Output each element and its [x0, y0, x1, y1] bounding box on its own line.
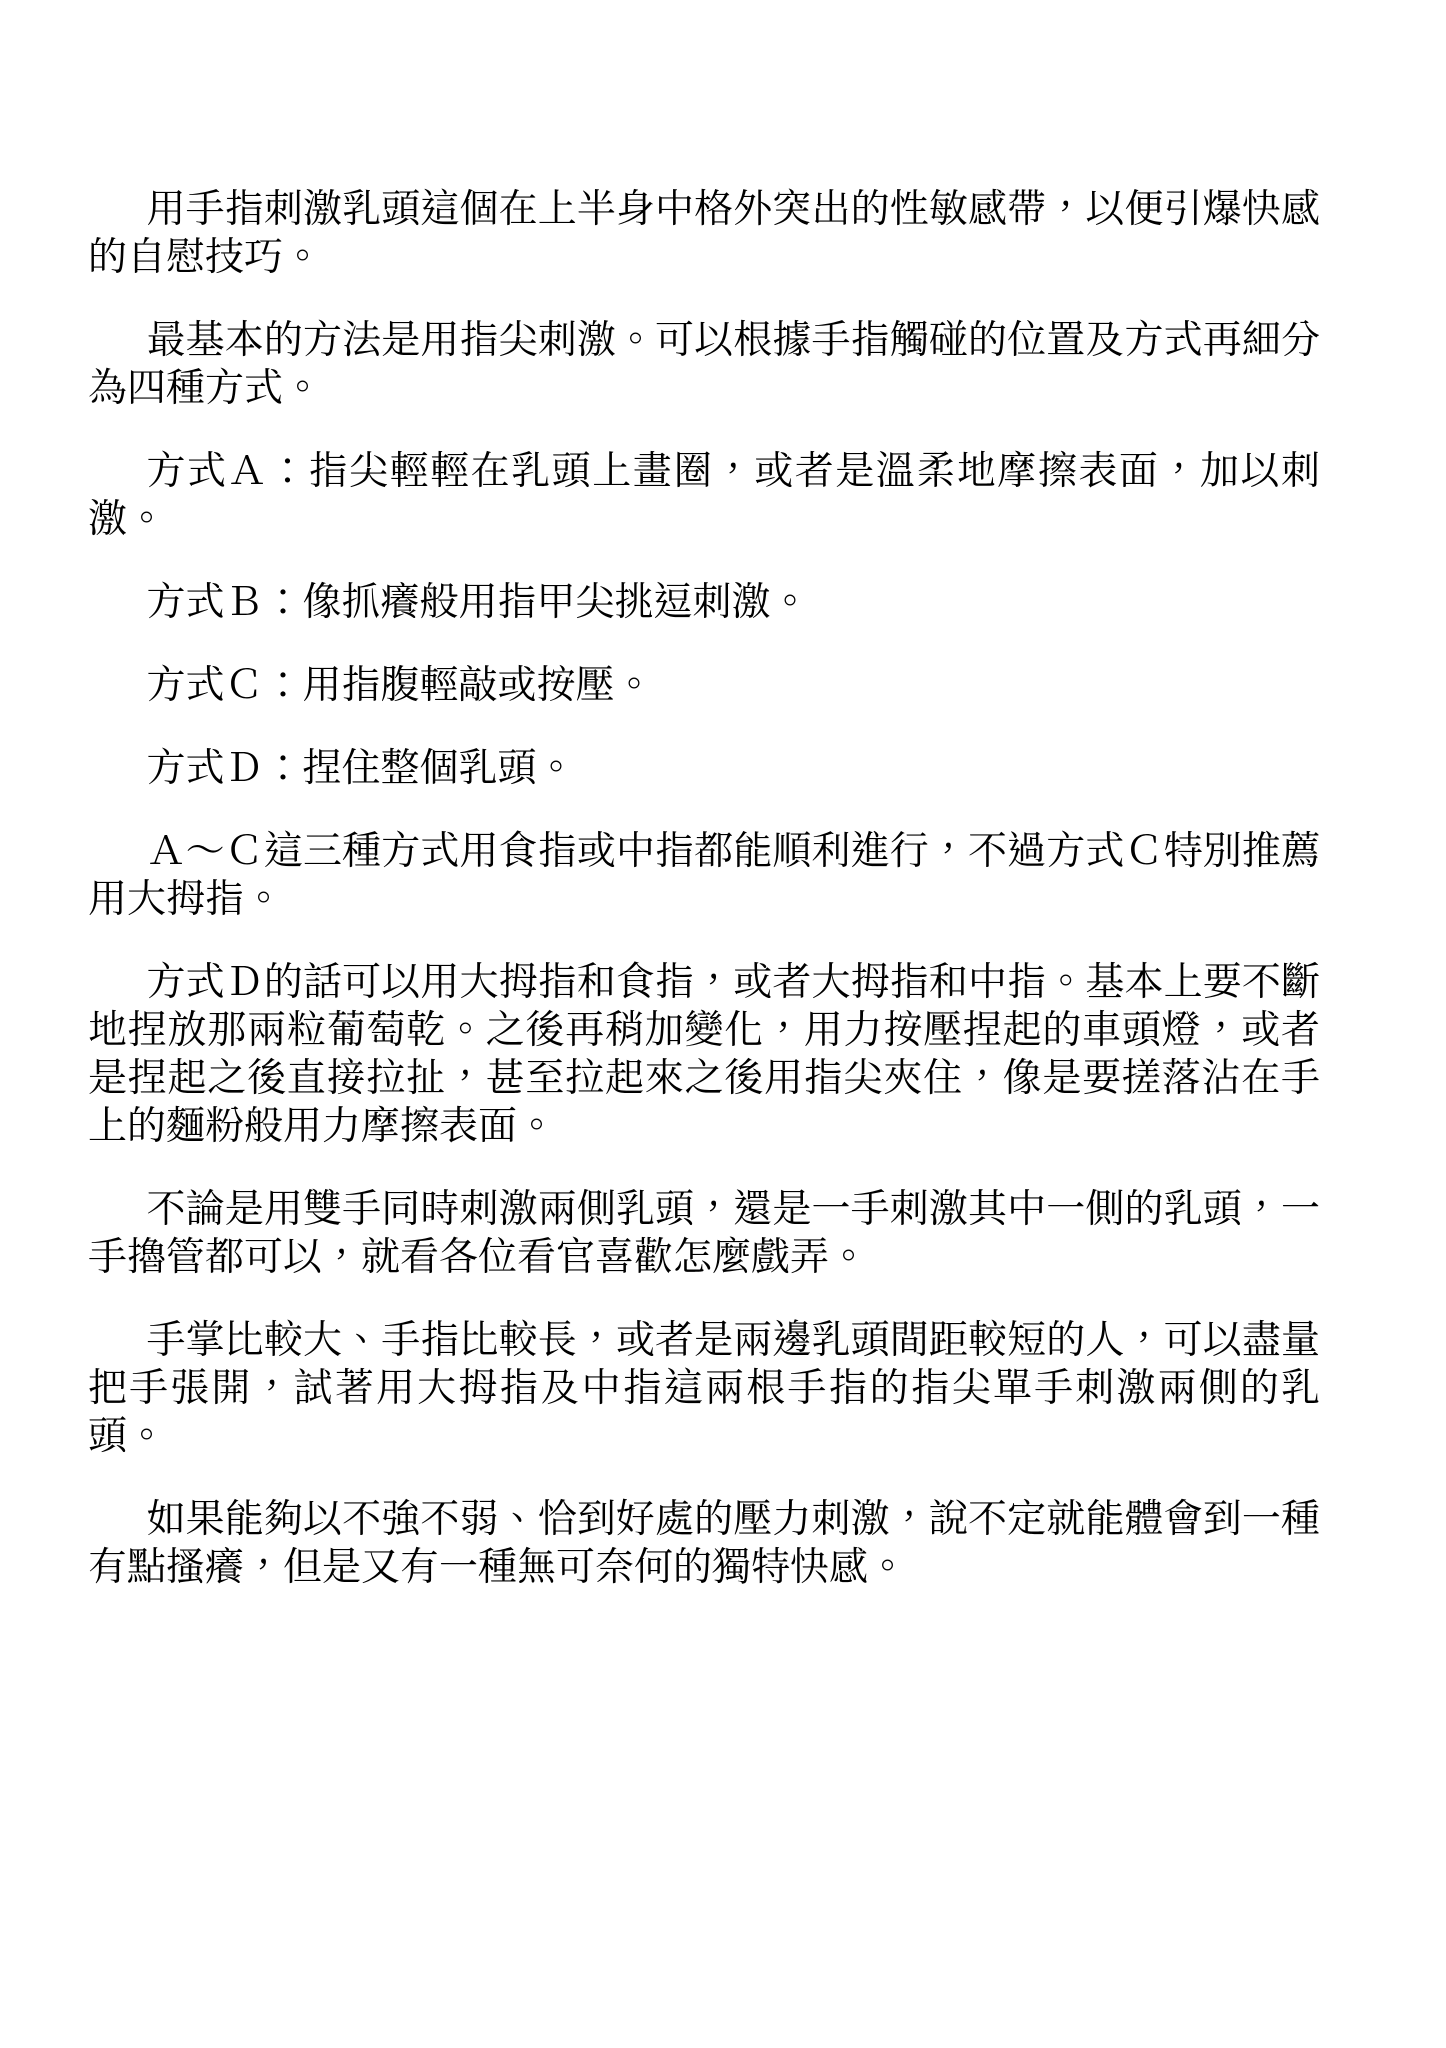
paragraph-intro: 用手指刺激乳頭這個在上半身中格外突出的性敏感帶，以便引爆快感的自慰技巧。: [88, 186, 1320, 282]
paragraph-method-c: 方式Ｃ：用指腹輕敲或按壓。: [88, 662, 1320, 710]
paragraph-large-hands: 手掌比較大、手指比較長，或者是兩邊乳頭間距較短的人，可以盡量把手張開，試著用大拇…: [88, 1317, 1320, 1461]
paragraph-method-d-detail: 方式Ｄ的話可以用大拇指和食指，或者大拇指和中指。基本上要不斷地捏放那兩粒葡萄乾。…: [88, 959, 1320, 1151]
document-page: 用手指刺激乳頭這個在上半身中格外突出的性敏感帶，以便引爆快感的自慰技巧。 最基本…: [0, 0, 1446, 2048]
paragraph-a-to-c-note: Ａ～Ｃ這三種方式用食指或中指都能順利進行，不過方式Ｃ特別推薦用大拇指。: [88, 828, 1320, 924]
paragraph-both-hands: 不論是用雙手同時刺激兩側乳頭，還是一手刺激其中一側的乳頭，一手擼管都可以，就看各…: [88, 1186, 1320, 1282]
paragraph-closing: 如果能夠以不強不弱、恰到好處的壓力刺激，說不定就能體會到一種有點搔癢，但是又有一…: [88, 1496, 1320, 1592]
paragraph-method-d: 方式Ｄ：捏住整個乳頭。: [88, 745, 1320, 793]
paragraph-basic-method: 最基本的方法是用指尖刺激。可以根據手指觸碰的位置及方式再細分為四種方式。: [88, 317, 1320, 413]
paragraph-method-b: 方式Ｂ：像抓癢般用指甲尖挑逗刺激。: [88, 579, 1320, 627]
paragraph-method-a: 方式Ａ：指尖輕輕在乳頭上畫圈，或者是溫柔地摩擦表面，加以刺激。: [88, 448, 1320, 544]
